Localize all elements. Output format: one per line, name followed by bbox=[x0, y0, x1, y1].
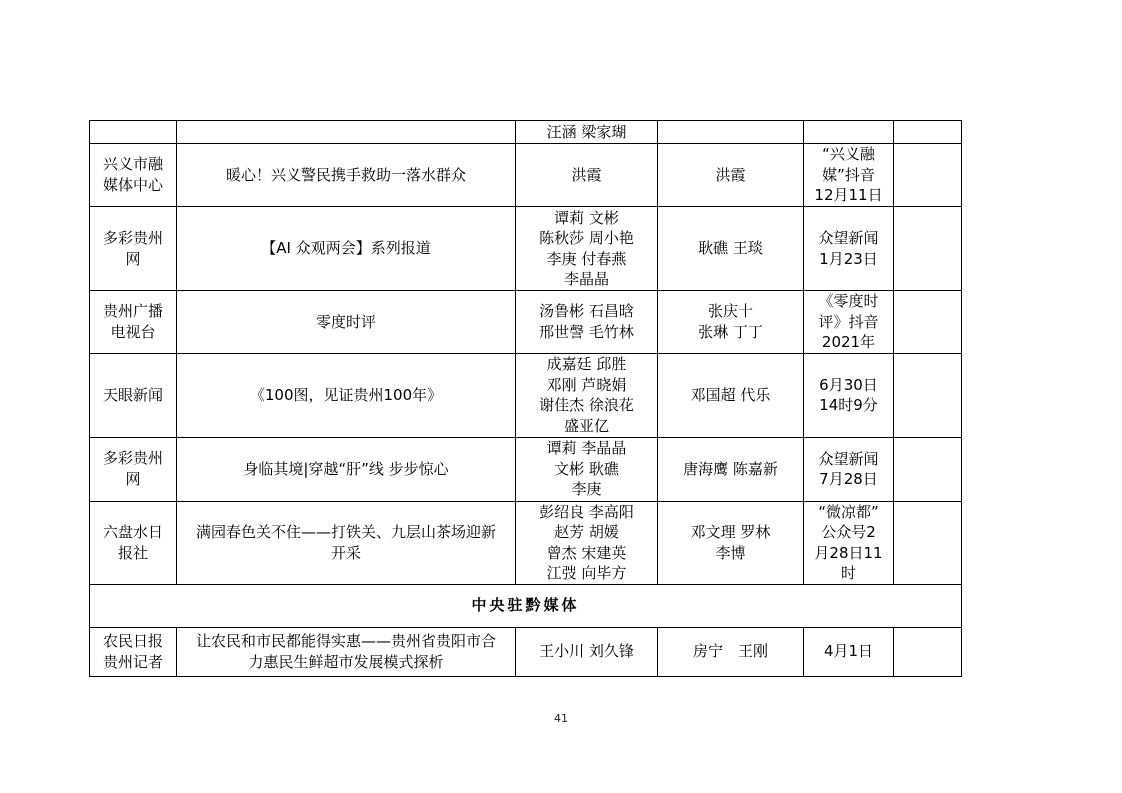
table-row: 多彩贵州网【AI 众观两会】系列报道谭莉 文彬陈秋莎 周小艳李庚 付春燕李晶晶耿… bbox=[90, 207, 962, 291]
authors-cell: 洪霞 bbox=[516, 144, 658, 207]
editors-cell: 唐海鹰 陈嘉新 bbox=[658, 437, 804, 501]
editors-line: 张庆十 bbox=[660, 301, 801, 322]
table-row: 汪涵 梁家瑚 bbox=[90, 121, 962, 144]
editors-cell: 洪霞 bbox=[658, 144, 804, 207]
remarks-cell bbox=[894, 437, 962, 501]
unit-line: 报社 bbox=[92, 543, 174, 564]
authors-line: 李庚 bbox=[518, 479, 655, 500]
unit-cell: 农民日报贵州记者 bbox=[90, 627, 177, 676]
published-cell: “微凉都”公众号2月28日11时 bbox=[804, 501, 894, 584]
table-row: 农民日报贵州记者让农民和市民都能得实惠——贵州省贵阳市合力惠民生鲜超市发展模式探… bbox=[90, 627, 962, 676]
published-line: 4月1日 bbox=[806, 641, 891, 662]
published-line: 时 bbox=[806, 563, 891, 584]
editors-cell: 耿礁 王琰 bbox=[658, 207, 804, 291]
published-cell bbox=[804, 121, 894, 144]
remarks-cell bbox=[894, 144, 962, 207]
table-row: 天眼新闻《100图，见证贵州100年》成嘉廷 邱胜邓刚 芦晓娟谢佳杰 徐浪花盛亚… bbox=[90, 353, 962, 437]
title-cell bbox=[177, 121, 516, 144]
authors-cell: 王小川 刘久锋 bbox=[516, 627, 658, 676]
authors-line: 李庚 付春燕 bbox=[518, 249, 655, 270]
title-cell: 让农民和市民都能得实惠——贵州省贵阳市合力惠民生鲜超市发展模式探析 bbox=[177, 627, 516, 676]
table-row: 多彩贵州网身临其境|穿越“肝”线 步步惊心谭莉 李晶晶文彬 耿礁李庚唐海鹰 陈嘉… bbox=[90, 437, 962, 501]
published-cell: 6月30日14时9分 bbox=[804, 353, 894, 437]
title-line: 零度时评 bbox=[179, 312, 513, 333]
title-line: 身临其境|穿越“肝”线 步步惊心 bbox=[179, 459, 513, 480]
published-line: 2021年 bbox=[806, 332, 891, 353]
authors-line: 邓刚 芦晓娟 bbox=[518, 375, 655, 396]
editors-line: 李博 bbox=[660, 543, 801, 564]
title-cell: 暖心！兴义警民携手救助一落水群众 bbox=[177, 144, 516, 207]
authors-line: 王小川 刘久锋 bbox=[518, 641, 655, 662]
published-cell: 众望新闻7月28日 bbox=[804, 437, 894, 501]
title-line: 开采 bbox=[179, 543, 513, 564]
page-number: 41 bbox=[0, 712, 1122, 725]
unit-line: 电视台 bbox=[92, 322, 174, 343]
unit-line: 六盘水日 bbox=[92, 522, 174, 543]
published-cell: 众望新闻1月23日 bbox=[804, 207, 894, 291]
unit-cell: 天眼新闻 bbox=[90, 353, 177, 437]
title-cell: 【AI 众观两会】系列报道 bbox=[177, 207, 516, 291]
authors-line: 盛亚亿 bbox=[518, 416, 655, 437]
awards-table: 汪涵 梁家瑚兴义市融媒体中心暖心！兴义警民携手救助一落水群众洪霞洪霞“兴义融媒”… bbox=[89, 120, 962, 677]
published-cell: 《零度时评》抖音2021年 bbox=[804, 291, 894, 354]
title-line: 【AI 众观两会】系列报道 bbox=[179, 238, 513, 259]
unit-line: 网 bbox=[92, 249, 174, 270]
published-line: “兴义融 bbox=[806, 144, 891, 165]
published-line: 14时9分 bbox=[806, 395, 891, 416]
published-line: 评》抖音 bbox=[806, 312, 891, 333]
editors-line: 张琳 丁丁 bbox=[660, 322, 801, 343]
authors-line: 江弢 向毕方 bbox=[518, 563, 655, 584]
unit-line: 兴义市融 bbox=[92, 154, 174, 175]
authors-line: 洪霞 bbox=[518, 165, 655, 186]
authors-line: 成嘉廷 邱胜 bbox=[518, 354, 655, 375]
authors-line: 邢世謦 毛竹林 bbox=[518, 322, 655, 343]
unit-cell: 多彩贵州网 bbox=[90, 207, 177, 291]
unit-cell: 兴义市融媒体中心 bbox=[90, 144, 177, 207]
unit-cell: 多彩贵州网 bbox=[90, 437, 177, 501]
remarks-cell bbox=[894, 501, 962, 584]
authors-cell: 谭莉 文彬陈秋莎 周小艳李庚 付春燕李晶晶 bbox=[516, 207, 658, 291]
unit-line: 多彩贵州 bbox=[92, 228, 174, 249]
authors-line: 谭莉 李晶晶 bbox=[518, 438, 655, 459]
editors-line: 房宁 王刚 bbox=[660, 641, 801, 662]
published-line: 月28日11 bbox=[806, 543, 891, 564]
published-cell: 4月1日 bbox=[804, 627, 894, 676]
published-line: 6月30日 bbox=[806, 375, 891, 396]
unit-line: 网 bbox=[92, 469, 174, 490]
published-line: 众望新闻 bbox=[806, 449, 891, 470]
authors-cell: 汪涵 梁家瑚 bbox=[516, 121, 658, 144]
title-line: 《100图，见证贵州100年》 bbox=[179, 385, 513, 406]
published-line: 7月28日 bbox=[806, 469, 891, 490]
unit-line: 天眼新闻 bbox=[92, 385, 174, 406]
unit-cell: 六盘水日报社 bbox=[90, 501, 177, 584]
authors-line: 陈秋莎 周小艳 bbox=[518, 228, 655, 249]
editors-line: 唐海鹰 陈嘉新 bbox=[660, 459, 801, 480]
remarks-cell bbox=[894, 627, 962, 676]
unit-cell bbox=[90, 121, 177, 144]
published-line: 公众号2 bbox=[806, 522, 891, 543]
published-line: “微凉都” bbox=[806, 502, 891, 523]
title-cell: 满园春色关不住——打铁关、九层山茶场迎新开采 bbox=[177, 501, 516, 584]
editors-line: 洪霞 bbox=[660, 165, 801, 186]
title-cell: 《100图，见证贵州100年》 bbox=[177, 353, 516, 437]
section-row: 中央驻黔媒体 bbox=[90, 584, 962, 627]
editors-cell: 张庆十张琳 丁丁 bbox=[658, 291, 804, 354]
authors-line: 彭绍良 李高阳 bbox=[518, 502, 655, 523]
editors-line: 邓文理 罗林 bbox=[660, 522, 801, 543]
section-heading: 中央驻黔媒体 bbox=[90, 584, 962, 627]
table-row: 贵州广播电视台零度时评汤鲁彬 石昌晗邢世謦 毛竹林张庆十张琳 丁丁《零度时评》抖… bbox=[90, 291, 962, 354]
authors-line: 李晶晶 bbox=[518, 269, 655, 290]
published-line: 《零度时 bbox=[806, 291, 891, 312]
remarks-cell bbox=[894, 121, 962, 144]
authors-line: 汤鲁彬 石昌晗 bbox=[518, 301, 655, 322]
published-cell: “兴义融媒”抖音12月11日 bbox=[804, 144, 894, 207]
editors-cell: 邓文理 罗林李博 bbox=[658, 501, 804, 584]
title-line: 满园春色关不住——打铁关、九层山茶场迎新 bbox=[179, 522, 513, 543]
authors-cell: 成嘉廷 邱胜邓刚 芦晓娟谢佳杰 徐浪花盛亚亿 bbox=[516, 353, 658, 437]
title-line: 力惠民生鲜超市发展模式探析 bbox=[179, 652, 513, 673]
title-cell: 零度时评 bbox=[177, 291, 516, 354]
unit-line: 媒体中心 bbox=[92, 175, 174, 196]
authors-cell: 汤鲁彬 石昌晗邢世謦 毛竹林 bbox=[516, 291, 658, 354]
editors-cell bbox=[658, 121, 804, 144]
remarks-cell bbox=[894, 291, 962, 354]
published-line: 1月23日 bbox=[806, 249, 891, 270]
authors-line: 谭莉 文彬 bbox=[518, 208, 655, 229]
unit-line: 贵州记者 bbox=[92, 652, 174, 673]
unit-cell: 贵州广播电视台 bbox=[90, 291, 177, 354]
published-line: 12月11日 bbox=[806, 185, 891, 206]
unit-line: 农民日报 bbox=[92, 631, 174, 652]
title-line: 让农民和市民都能得实惠——贵州省贵阳市合 bbox=[179, 631, 513, 652]
authors-line: 赵芳 胡媛 bbox=[518, 522, 655, 543]
authors-line: 文彬 耿礁 bbox=[518, 459, 655, 480]
unit-line: 贵州广播 bbox=[92, 301, 174, 322]
remarks-cell bbox=[894, 207, 962, 291]
unit-line: 多彩贵州 bbox=[92, 448, 174, 469]
table-row: 六盘水日报社满园春色关不住——打铁关、九层山茶场迎新开采彭绍良 李高阳赵芳 胡媛… bbox=[90, 501, 962, 584]
title-line: 暖心！兴义警民携手救助一落水群众 bbox=[179, 165, 513, 186]
editors-line: 耿礁 王琰 bbox=[660, 238, 801, 259]
remarks-cell bbox=[894, 353, 962, 437]
authors-line: 汪涵 梁家瑚 bbox=[518, 122, 655, 143]
authors-cell: 彭绍良 李高阳赵芳 胡媛曾杰 宋建英江弢 向毕方 bbox=[516, 501, 658, 584]
title-cell: 身临其境|穿越“肝”线 步步惊心 bbox=[177, 437, 516, 501]
editors-cell: 房宁 王刚 bbox=[658, 627, 804, 676]
table-row: 兴义市融媒体中心暖心！兴义警民携手救助一落水群众洪霞洪霞“兴义融媒”抖音12月1… bbox=[90, 144, 962, 207]
published-line: 媒”抖音 bbox=[806, 165, 891, 186]
authors-line: 曾杰 宋建英 bbox=[518, 543, 655, 564]
editors-cell: 邓国超 代乐 bbox=[658, 353, 804, 437]
published-line: 众望新闻 bbox=[806, 228, 891, 249]
editors-line: 邓国超 代乐 bbox=[660, 385, 801, 406]
authors-cell: 谭莉 李晶晶文彬 耿礁李庚 bbox=[516, 437, 658, 501]
authors-line: 谢佳杰 徐浪花 bbox=[518, 395, 655, 416]
